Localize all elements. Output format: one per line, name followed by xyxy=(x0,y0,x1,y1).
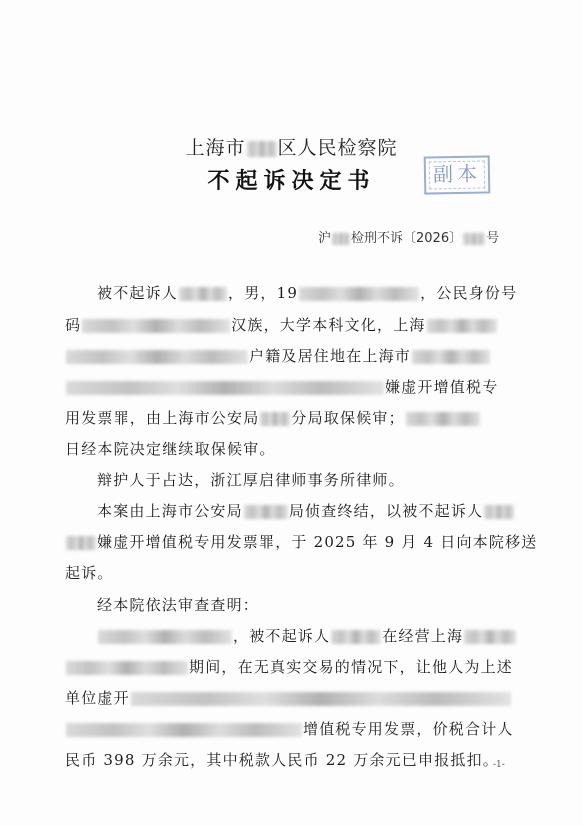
body-line: 民币 398 万余元，其中税款人民币 22 万余元已申报抵扣。 xyxy=(65,749,525,770)
text: 嫌虚开增值税专 xyxy=(385,378,498,396)
body-line: 本案由上海市公安局局侦查终结，以被不起诉人 xyxy=(65,500,557,521)
findings-heading: 经本院依法审查查明： xyxy=(97,596,259,614)
text: 被不起诉人 xyxy=(97,284,178,302)
copy-stamp: 副本 xyxy=(424,155,491,194)
body-line: 用发票罪，由上海市公安局分局取保候审； xyxy=(65,407,525,428)
redacted-company xyxy=(427,319,497,333)
redacted-branch xyxy=(260,412,290,426)
redacted-address xyxy=(412,350,490,364)
redacted-company-cont xyxy=(66,661,188,675)
redacted-company-cont xyxy=(66,350,248,364)
text: 单位虚开 xyxy=(65,689,130,707)
redacted-address-cont xyxy=(66,381,384,395)
body-line: 单位虚开 xyxy=(65,687,525,708)
text: 民币 398 万余元，其中税款人民币 22 万余元已申报抵扣。 xyxy=(65,751,499,769)
text: 码 xyxy=(65,316,81,334)
body-line: 辩护人于占达，浙江厚启律师事务所律师。 xyxy=(65,469,557,490)
redacted-name xyxy=(484,505,514,519)
body-line: 日经本院决定继续取保候审。 xyxy=(65,438,525,459)
body-line: 码汉族，大学本科文化，上海 xyxy=(65,314,525,335)
body-line: 嫌虚开增值税专 xyxy=(65,376,525,397)
redacted-birthdate xyxy=(299,287,419,301)
text: 在经营上海 xyxy=(382,627,463,645)
text: ，公民身份号 xyxy=(420,284,517,302)
text: ，被不起诉人 xyxy=(233,627,330,645)
redacted-docnum-district xyxy=(332,233,350,245)
text: 日经本院决定继续取保候审。 xyxy=(65,440,276,458)
body-line: 嫌虚开增值税专用发票罪，于 2025 年 9 月 4 日向本院移送 xyxy=(65,531,525,552)
document-page: 上海市区人民检察院 不起诉决定书 副本 沪检刑不诉〔2026〕号 被不起诉人，男… xyxy=(0,0,583,826)
page-number: -1- xyxy=(493,760,505,770)
redacted-branch xyxy=(244,505,288,519)
body-line: 起诉。 xyxy=(65,562,525,583)
redacted-district xyxy=(247,141,277,157)
text: 嫌虚开增值税专用发票罪，于 2025 年 9 月 4 日向本院移送 xyxy=(97,533,537,551)
redacted-id-number xyxy=(82,319,230,333)
text: 局侦查终结，以被不起诉人 xyxy=(289,502,483,520)
redacted-period xyxy=(98,630,232,644)
organization-suffix: 区人民检察院 xyxy=(278,137,398,159)
body-line: 户籍及居住地在上海市 xyxy=(65,345,525,366)
text: 本案由上海市公安局 xyxy=(97,502,243,520)
document-title: 不起诉决定书 xyxy=(0,164,583,195)
body-line: 增值税专用发票，价税合计人 xyxy=(65,718,525,739)
redacted-name-cont xyxy=(66,536,96,550)
redacted-name xyxy=(179,287,227,301)
text: 起诉。 xyxy=(65,564,114,582)
redacted-invoice-details xyxy=(131,692,511,706)
defense-counsel-text: 辩护人于占达，浙江厚启律师事务所律师。 xyxy=(97,471,405,489)
docnum-suffix: 号 xyxy=(486,231,499,246)
body-line: 被不起诉人，男，19，公民身份号 xyxy=(65,282,557,303)
text: ，男，19 xyxy=(228,284,298,302)
docnum-middle: 检刑不诉〔2026〕 xyxy=(351,231,462,246)
text: 增值税专用发票，价税合计人 xyxy=(303,720,514,738)
text: 户籍及居住地在上海市 xyxy=(249,347,411,365)
body-line: 经本院依法审查查明： xyxy=(65,594,557,615)
redacted-name xyxy=(331,630,381,644)
text: 期间，在无真实交易的情况下，让他人为上述 xyxy=(189,658,513,676)
body-line: 期间，在无真实交易的情况下，让他人为上述 xyxy=(65,656,525,677)
text: 分局取保候审； xyxy=(291,409,404,427)
organization-prefix: 上海市 xyxy=(185,137,245,159)
text: 汉族，大学本科文化，上海 xyxy=(231,316,425,334)
redacted-docnum-serial xyxy=(463,233,485,245)
document-number: 沪检刑不诉〔2026〕号 xyxy=(318,227,499,246)
redacted-invoice-details-cont xyxy=(66,723,302,737)
text: 用发票罪，由上海市公安局 xyxy=(65,409,259,427)
redacted-company xyxy=(464,630,516,644)
docnum-prefix: 沪 xyxy=(318,231,331,246)
body-line: ，被不起诉人在经营上海 xyxy=(65,625,557,646)
redacted-date xyxy=(406,412,480,426)
organization-header: 上海市区人民检察院 xyxy=(0,133,583,160)
